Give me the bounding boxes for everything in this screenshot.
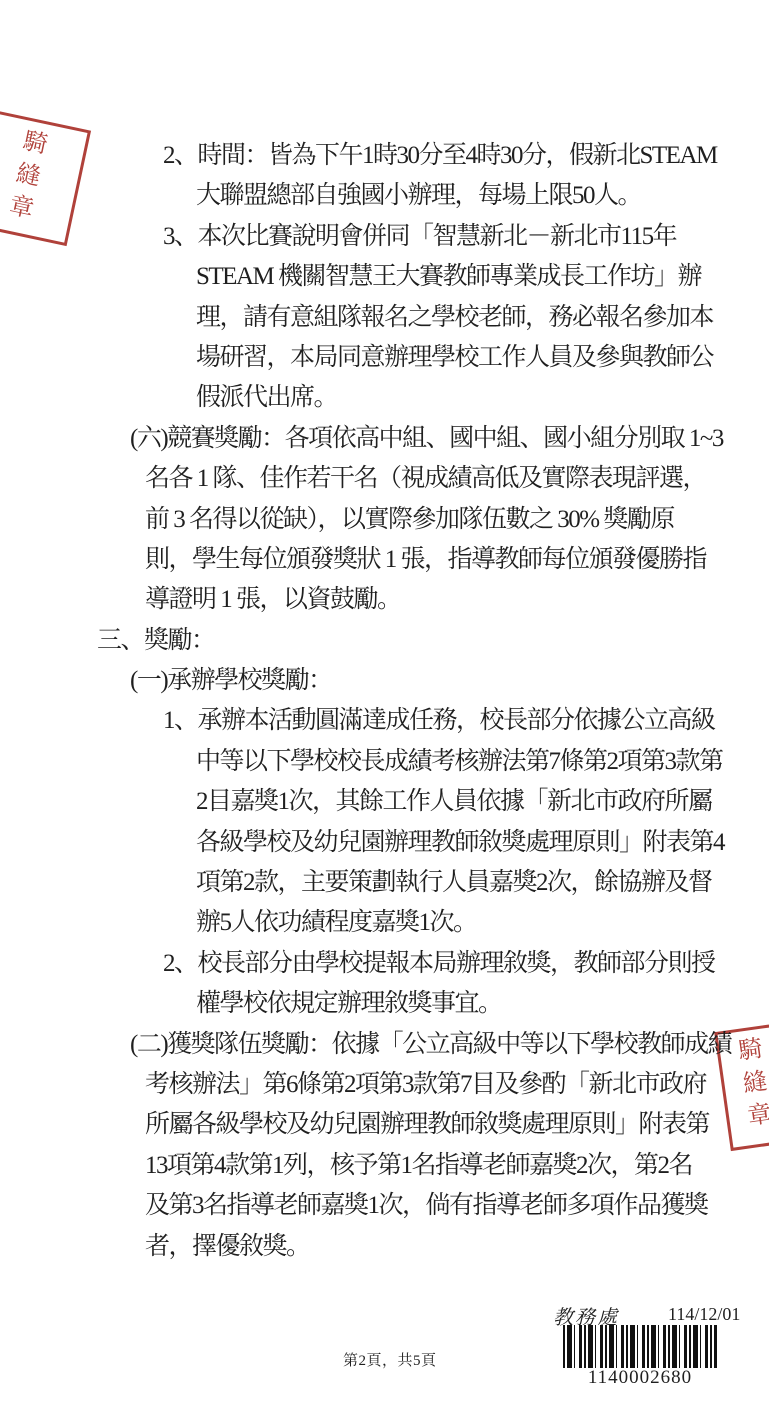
text-line: 大聯盟總部自強國小辦理，每場上限50人。 [0, 176, 769, 216]
text-line: 名各 1 隊、佳作若干名（視成績高低及實際表現評選， [0, 459, 769, 499]
text-line: STEAM 機關智慧王大賽教師專業成長工作坊」辦 [0, 257, 769, 297]
text-line: 2、時間：皆為下午1時30分至4時30分，假新北STEAM [0, 136, 769, 176]
text-line: (六)競賽獎勵：各項依高中組、國中組、國小組分別取 1~3 [0, 419, 769, 459]
text-line: (一)承辦學校獎勵： [0, 661, 769, 701]
text-line: 所屬各級學校及幼兒園辦理教師敘獎處理原則」附表第 [0, 1105, 769, 1145]
text-line: 2、校長部分由學校提報本局辦理敘獎，教師部分則授 [0, 944, 769, 984]
text-line: 理，請有意組隊報名之學校老師，務必報名參加本 [0, 298, 769, 338]
text-line: 13項第4款第1列，核予第1名指導老師嘉獎2次，第2名 [0, 1146, 769, 1186]
text-line: 中等以下學校校長成績考核辦法第7條第2項第3款第 [0, 742, 769, 782]
text-line: 各級學校及幼兒園辦理教師敘獎處理原則」附表第4 [0, 823, 769, 863]
barcode-number: 1140002680 [563, 1367, 717, 1389]
text-line: 及第3名指導老師嘉獎1次，倘有指導老師多項作品獲獎 [0, 1186, 769, 1226]
text-line: 1、承辦本活動圓滿達成任務，校長部分依據公立高級 [0, 701, 769, 741]
date-label: 114/12/01 [668, 1304, 740, 1325]
text-line: 假派代出席。 [0, 378, 769, 418]
text-line: (二)獲獎隊伍獎勵：依據「公立高級中等以下學校教師成績 [0, 1025, 769, 1065]
barcode [563, 1325, 717, 1368]
text-line: 2目嘉獎1次，其餘工作人員依據「新北市政府所屬 [0, 782, 769, 822]
text-line: 權學校依規定辦理敘獎事宜。 [0, 984, 769, 1024]
text-line: 則，學生每位頒發獎狀 1 張，指導教師每位頒發優勝指 [0, 540, 769, 580]
text-line: 場研習，本局同意辦理學校工作人員及參與教師公 [0, 338, 769, 378]
page-number-indicator: 第2頁，共5頁 [343, 1349, 437, 1370]
text-line: 前 3 名得以從缺），以實際參加隊伍數之 30% 獎勵原 [0, 500, 769, 540]
text-line: 項第2款，主要策劃執行人員嘉獎2次，餘協辦及督 [0, 863, 769, 903]
text-line: 辦5人依功績程度嘉獎1次。 [0, 903, 769, 943]
text-line: 者，擇優敘獎。 [0, 1227, 769, 1267]
text-line: 3、本次比賽說明會併同「智慧新北－新北市115年 [0, 217, 769, 257]
text-line: 導證明 1 張，以資鼓勵。 [0, 580, 769, 620]
scanned-document-page: 騎縫章 騎縫章 2、時間：皆為下午1時30分至4時30分，假新北STEAM 大聯… [0, 0, 769, 1427]
text-line: 三、獎勵： [0, 621, 769, 661]
document-body: 2、時間：皆為下午1時30分至4時30分，假新北STEAM 大聯盟總部自強國小辦… [0, 136, 769, 1267]
text-line: 考核辦法」第6條第2項第3款第7目及參酌「新北市政府 [0, 1065, 769, 1105]
